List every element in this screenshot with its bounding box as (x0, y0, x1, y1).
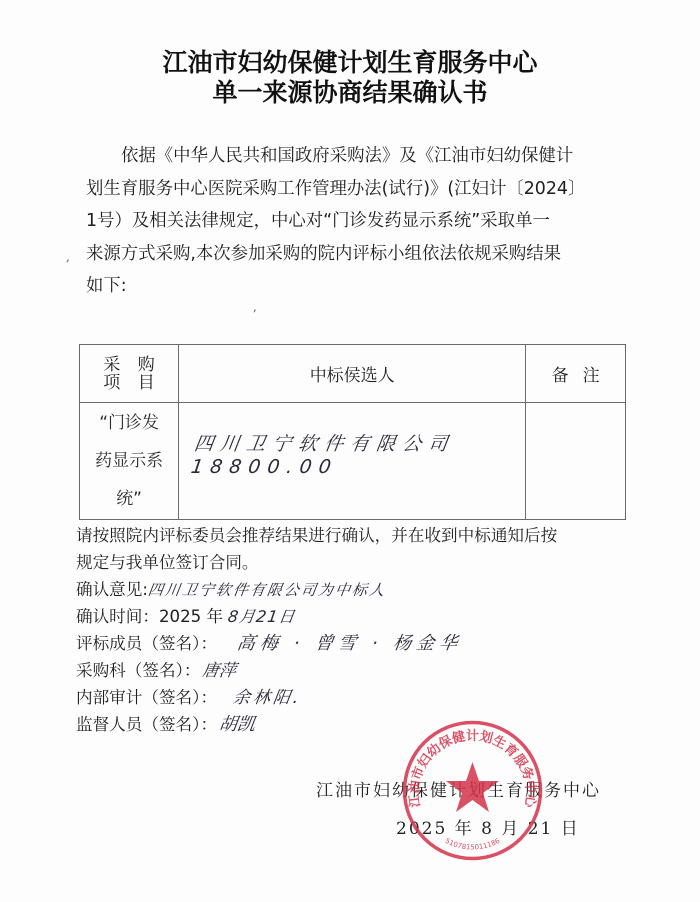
signature-internal-audit: 内部审计（签名）：余林阳. (76, 684, 636, 711)
confirmation-section: 请按照院内评标委员会推荐结果进行确认，并在收到中标通知后按 规定与我单位签订合同… (76, 522, 636, 738)
header-item-line: 采 购 (80, 356, 178, 374)
signature-label: 监督人员（签名）： (76, 715, 217, 734)
signature-procurement-dept: 采购科（签名）：唐萍 (76, 657, 636, 684)
result-table: 采 购 项 目 中标侯选人 备注 “门诊发 药显示系 统” 四川卫宁软件有限公司… (79, 344, 626, 520)
confirmation-opinion: 确认意见:四川卫宁软件有限公司为中标人 (76, 576, 636, 603)
body-line: 如下: (86, 270, 626, 303)
body-line: 依据《中华人民共和国政府采购法》及《江油市妇幼保健计 (86, 140, 626, 173)
instruction-line: 规定与我单位签订合同。 (76, 549, 636, 576)
header-procurement-item: 采 购 项 目 (80, 345, 179, 403)
handwritten-opinion: 四川卫宁软件有限公司为中标人 (146, 577, 388, 604)
signature-supervisor: 监督人员（签名）：胡凯 (76, 711, 636, 738)
handwritten-winner: 四川卫宁软件有限公司 18800.00 (190, 429, 529, 478)
title-organization: 江油市妇幼保健计划生育服务中心 (0, 48, 700, 78)
table-header-row: 采 购 项 目 中标侯选人 备注 (80, 345, 626, 403)
cell-winning-candidate: 四川卫宁软件有限公司 18800.00 (179, 403, 526, 520)
stray-mark: , (66, 250, 70, 264)
handwritten-signature: 余林阳. (231, 685, 303, 712)
item-line: 药显示系 (80, 442, 178, 480)
body-paragraph: 依据《中华人民共和国政府采购法》及《江油市妇幼保健计 划生育服务中心医院采购工作… (86, 140, 626, 303)
item-line: 统” (80, 480, 178, 518)
title-document-type: 单一来源协商结果确认书 (0, 78, 700, 108)
cell-remark (526, 403, 626, 520)
signature-label: 内部审计（签名）： (76, 688, 217, 707)
header-item-line: 项 目 (80, 374, 178, 392)
issuer-date: 2025 年 8 月 21 日 (396, 814, 580, 839)
handwritten-signature: 胡凯 (217, 711, 257, 738)
document-page: 江油市妇幼保健计划生育服务中心 单一来源协商结果确认书 依据《中华人民共和国政府… (0, 0, 700, 902)
stray-mark: , (253, 300, 257, 314)
handwritten-date: 8月21日 (226, 603, 297, 630)
cell-procurement-item: “门诊发 药显示系 统” (80, 403, 179, 520)
header-winning-candidate: 中标侯选人 (179, 345, 526, 403)
time-label: 确认时间：2025 年 (76, 607, 223, 626)
handwritten-signature: 高梅 · 曾雪 · 杨金华 (235, 630, 464, 657)
signature-label: 评标成员（签名）： (76, 634, 217, 653)
issuer-name: 江油市妇幼保健计划生育服务中心 (316, 776, 601, 801)
confirmation-time: 确认时间：2025 年 8月21日 (76, 603, 636, 630)
instruction-line: 请按照院内评标委员会推荐结果进行确认，并在收到中标通知后按 (76, 522, 636, 549)
item-line: “门诊发 (80, 404, 178, 442)
body-line: 1号）及相关法律规定，中心对“门诊发药显示系统”采取单一 (86, 205, 626, 238)
document-title: 江油市妇幼保健计划生育服务中心 单一来源协商结果确认书 (0, 48, 700, 108)
signature-label: 采购科（签名）： (76, 661, 200, 680)
signature-evaluators: 评标成员（签名）：高梅 · 曾雪 · 杨金华 (76, 630, 636, 657)
table-row: “门诊发 药显示系 统” 四川卫宁软件有限公司 18800.00 (80, 403, 626, 520)
header-remark: 备注 (526, 345, 626, 403)
body-line: 来源方式采购,本次参加采购的院内评标小组依法依规采购结果 (86, 238, 626, 271)
opinion-label: 确认意见: (76, 580, 148, 599)
body-line: 划生育服务中心医院采购工作管理办法(试行)》(江妇计〔2024〕 (86, 173, 626, 206)
handwritten-signature: 唐萍 (201, 658, 239, 685)
